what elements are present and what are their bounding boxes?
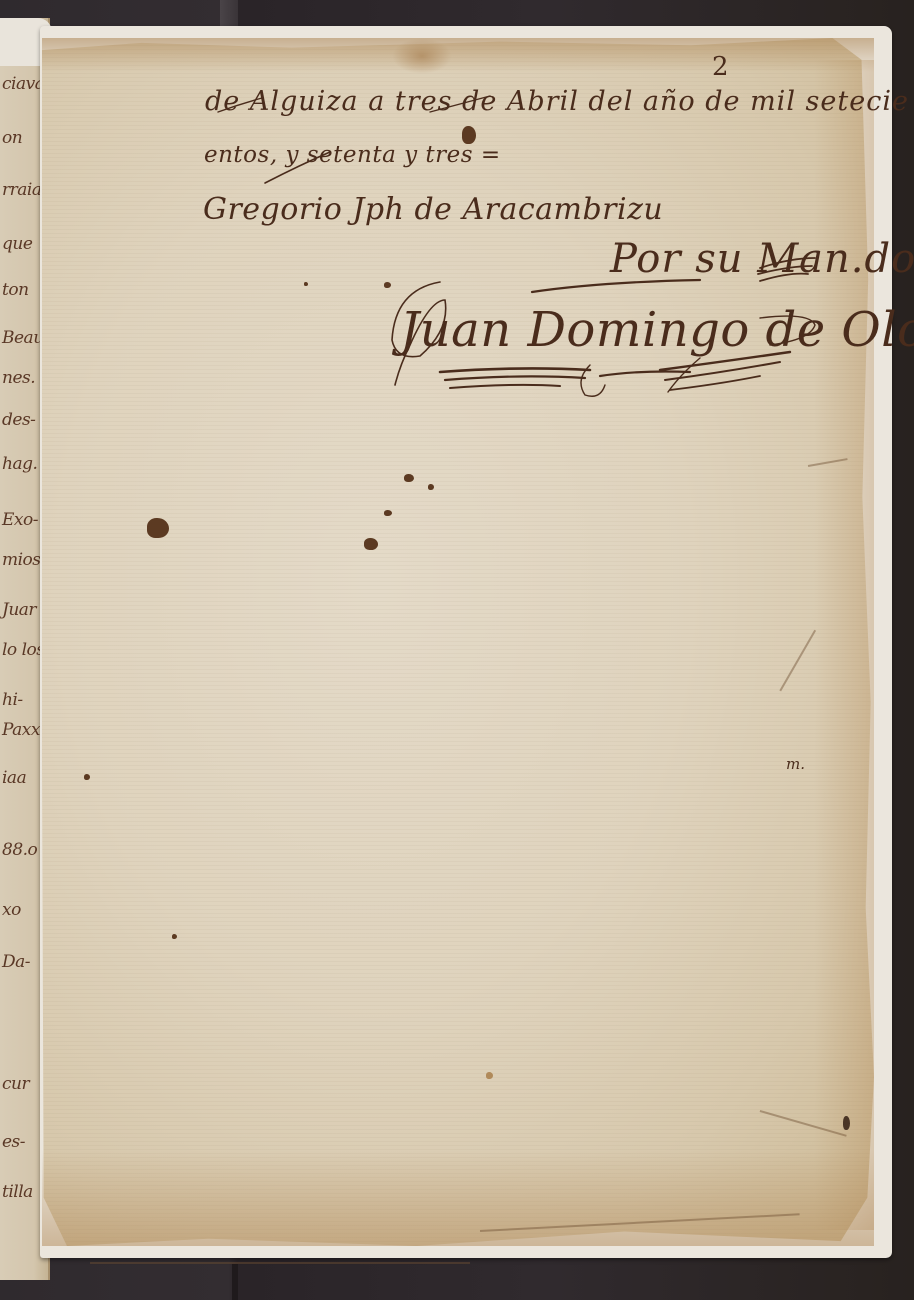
ink-stain — [428, 484, 434, 490]
ink-stain — [843, 1116, 850, 1130]
text-line-1: de Alguiza a tres de Abril del año de mi… — [205, 86, 909, 117]
margin-fragment: des- — [2, 410, 35, 430]
margin-fragment: hi- — [2, 690, 23, 710]
folio-number: 2 — [712, 52, 729, 82]
margin-fragment: on — [2, 128, 22, 148]
ink-stain — [486, 1072, 493, 1079]
margin-fragment: Da- — [2, 952, 30, 972]
margin-fragment: xo — [2, 900, 21, 920]
margin-fragment: Paxxi — [2, 720, 45, 740]
backdrop-bottom-fold — [232, 1264, 238, 1300]
top-edge-stain — [42, 38, 874, 72]
ink-stain — [404, 474, 414, 482]
ink-stain — [147, 518, 169, 538]
margin-fragment: 88.o — [2, 840, 37, 860]
margin-fragment: ton — [2, 280, 29, 300]
ink-stain — [304, 282, 308, 286]
margin-fragment: mios, — [2, 550, 45, 570]
text-line-2: entos, y setenta y tres = — [204, 142, 501, 168]
ink-stain — [384, 282, 391, 288]
margin-fragment: iaa — [2, 768, 26, 788]
signature-name: Juan Domingo de Olola — [400, 302, 914, 358]
margin-fragment: lo los — [2, 640, 44, 660]
right-edge-mark: m. — [786, 755, 805, 773]
crease-line — [90, 1262, 470, 1264]
signature-lead: Por su Man.do de — [610, 236, 914, 282]
ink-stain — [364, 538, 378, 550]
margin-fragment: tilla — [2, 1182, 33, 1202]
margin-fragment: que — [2, 234, 32, 254]
margin-fragment: Juar — [2, 600, 36, 620]
margin-fragment: ciava — [2, 74, 44, 94]
margin-fragment: Exo- — [2, 510, 38, 530]
text-line-3: Gregorio Jph de Aracambrizu — [203, 192, 663, 227]
top-water-stain — [392, 38, 452, 74]
ink-stain — [384, 510, 392, 516]
margin-fragment: nes. — [2, 368, 35, 388]
ink-stain — [172, 934, 177, 939]
margin-fragment: cur — [2, 1074, 29, 1094]
ink-stain — [84, 774, 90, 780]
margin-fragment: es- — [2, 1132, 25, 1152]
bottom-edge-stain — [42, 1150, 874, 1246]
margin-fragment: hag. — [2, 454, 37, 474]
